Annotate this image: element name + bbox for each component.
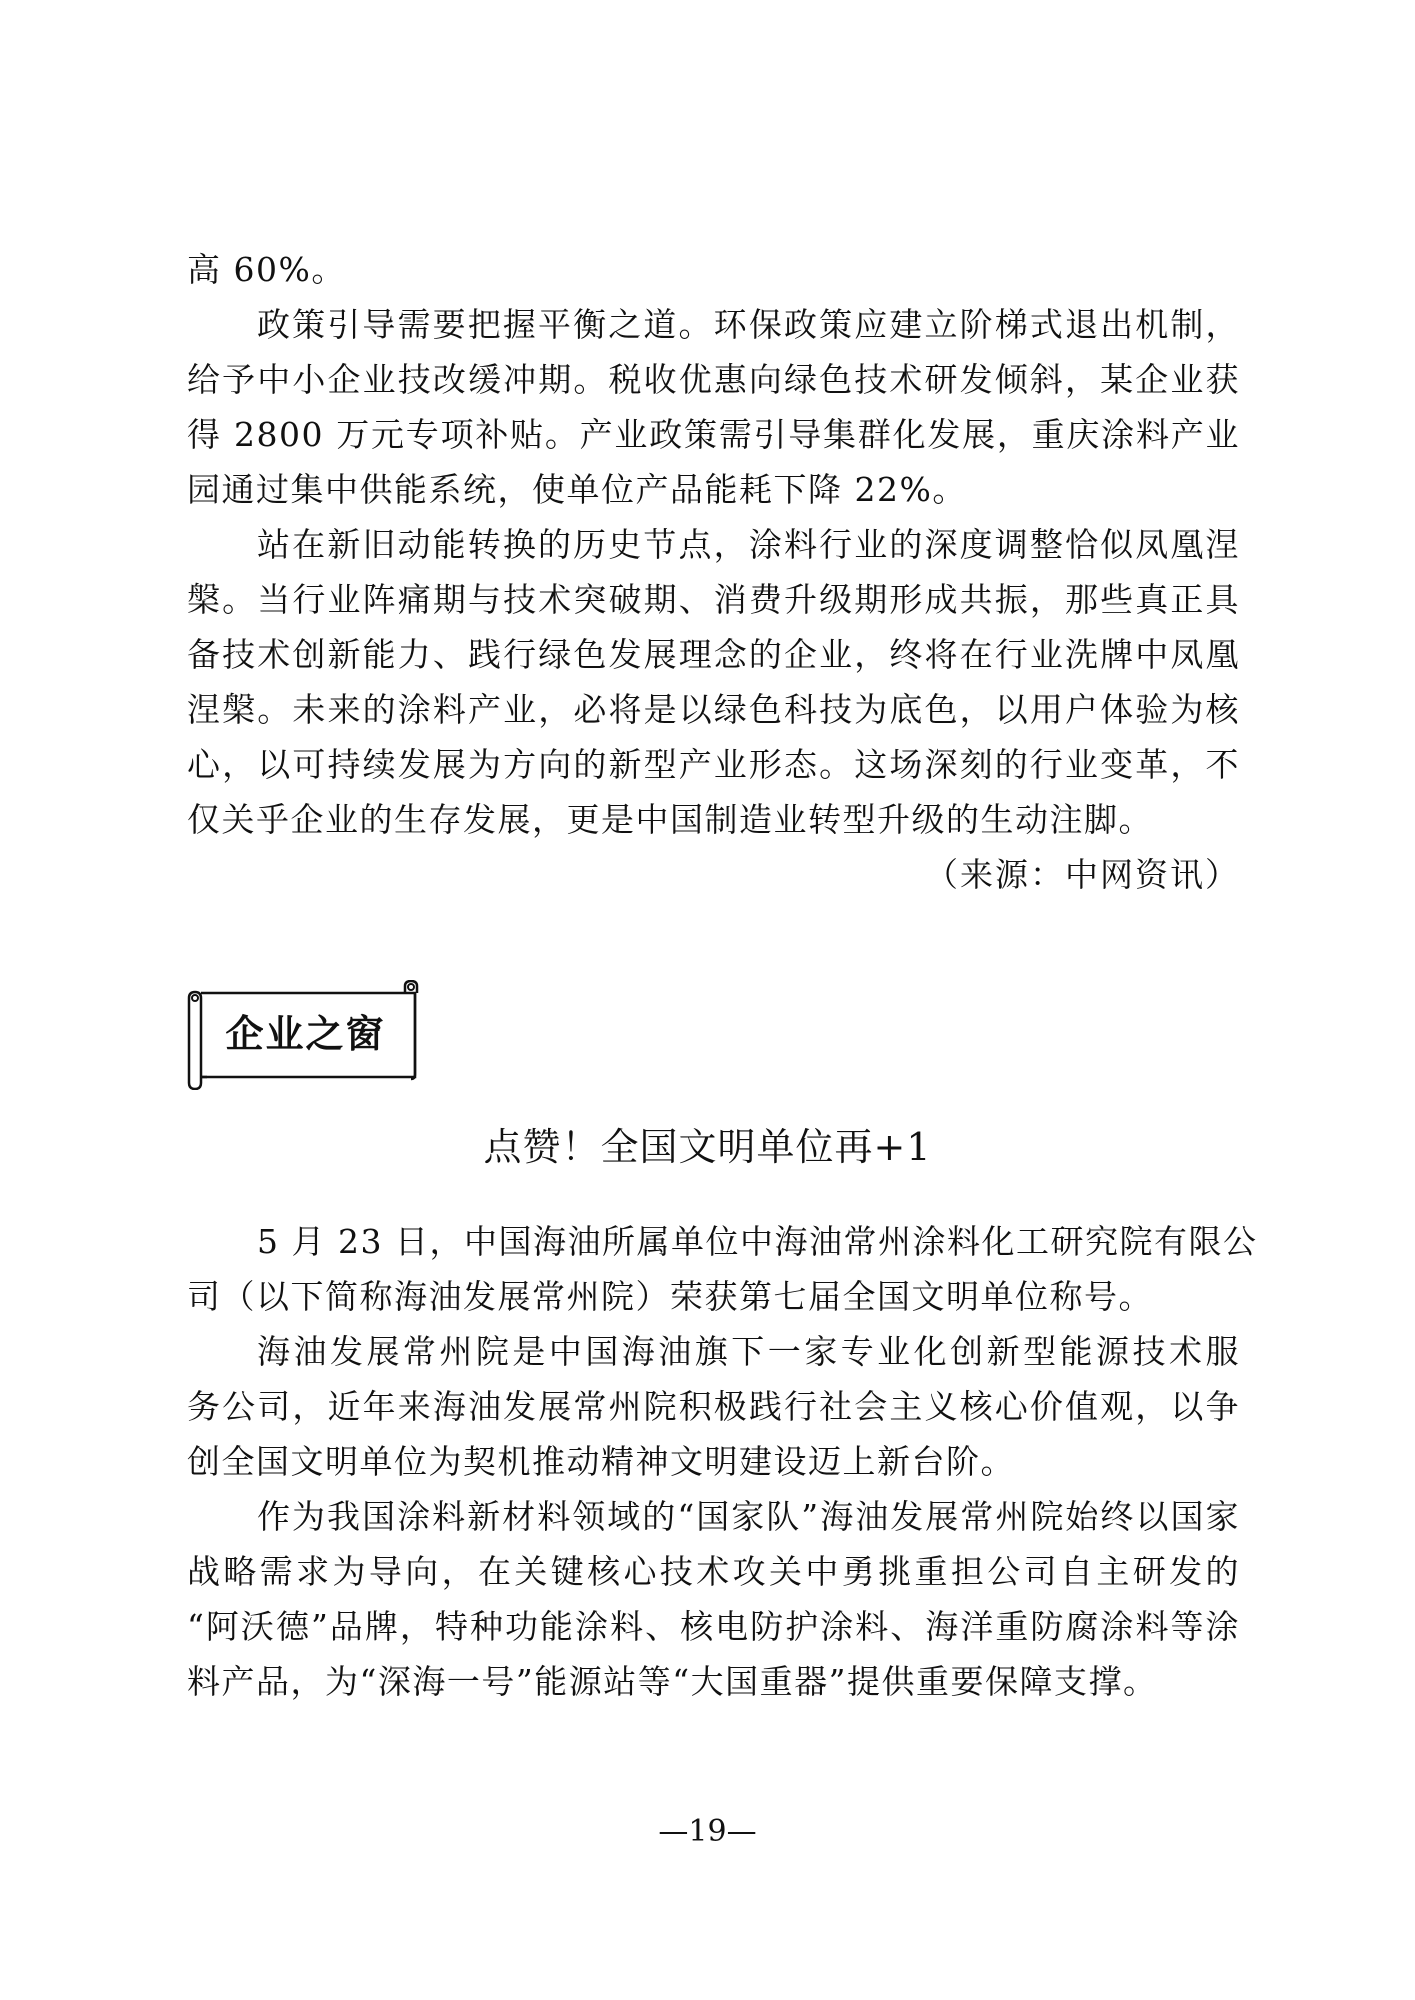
- paragraph-line: 得 2800 万元专项补贴。产业政策需引导集群化发展，重庆涂料产业: [187, 415, 1240, 455]
- section-banner: 企业之窗: [183, 980, 423, 1090]
- paragraph-line: 高 60%。: [187, 250, 1240, 290]
- paragraph-line: 司（以下简称海油发展常州院）荣获第七届全国文明单位称号。: [187, 1277, 1240, 1317]
- paragraph-line: 5 月 23 日，中国海油所属单位中海油常州涂料化工研究院有限公: [257, 1222, 1240, 1262]
- paragraph-line: 料产品，为“深海一号”能源站等“大国重器”提供重要保障支撑。: [187, 1662, 1240, 1702]
- paragraph-line: 海油发展常州院是中国海油旗下一家专业化创新型能源技术服: [257, 1332, 1240, 1372]
- article-title: 点赞！全国文明单位再+1: [0, 1122, 1415, 1172]
- paragraph-line: 槃。当行业阵痛期与技术突破期、消费升级期形成共振，那些真正具: [187, 580, 1240, 620]
- paragraph-line: 政策引导需要把握平衡之道。环保政策应建立阶梯式退出机制，: [257, 305, 1240, 345]
- paragraph-line: 创全国文明单位为契机推动精神文明建设迈上新台阶。: [187, 1442, 1240, 1482]
- paragraph-line: 备技术创新能力、践行绿色发展理念的企业，终将在行业洗牌中凤凰: [187, 635, 1240, 675]
- paragraph-line: 园通过集中供能系统，使单位产品能耗下降 22%。: [187, 470, 1240, 510]
- article-source: （来源：中网资讯）: [925, 855, 1240, 895]
- paragraph-line: 站在新旧动能转换的历史节点，涂料行业的深度调整恰似凤凰涅: [257, 525, 1240, 565]
- paragraph-line: 战略需求为导向，在关键核心技术攻关中勇挑重担公司自主研发的: [187, 1552, 1240, 1592]
- section-banner-label: 企业之窗: [213, 1012, 398, 1056]
- document-page: 高 60%。 政策引导需要把握平衡之道。环保政策应建立阶梯式退出机制， 给予中小…: [0, 0, 1415, 2000]
- paragraph-line: 作为我国涂料新材料领域的“国家队”海油发展常州院始终以国家: [257, 1497, 1240, 1537]
- paragraph-line: 务公司，近年来海油发展常州院积极践行社会主义核心价值观，以争: [187, 1387, 1240, 1427]
- paragraph-line: 心，以可持续发展为方向的新型产业形态。这场深刻的行业变革，不: [187, 745, 1240, 785]
- page-number: —19—: [0, 1812, 1415, 1852]
- paragraph-line: 涅槃。未来的涂料产业，必将是以绿色科技为底色，以用户体验为核: [187, 690, 1240, 730]
- paragraph-line: “阿沃德”品牌，特种功能涂料、核电防护涂料、海洋重防腐涂料等涂: [187, 1607, 1240, 1647]
- paragraph-line: 给予中小企业技改缓冲期。税收优惠向绿色技术研发倾斜，某企业获: [187, 360, 1240, 400]
- paragraph-line: 仅关乎企业的生存发展，更是中国制造业转型升级的生动注脚。: [187, 800, 1240, 840]
